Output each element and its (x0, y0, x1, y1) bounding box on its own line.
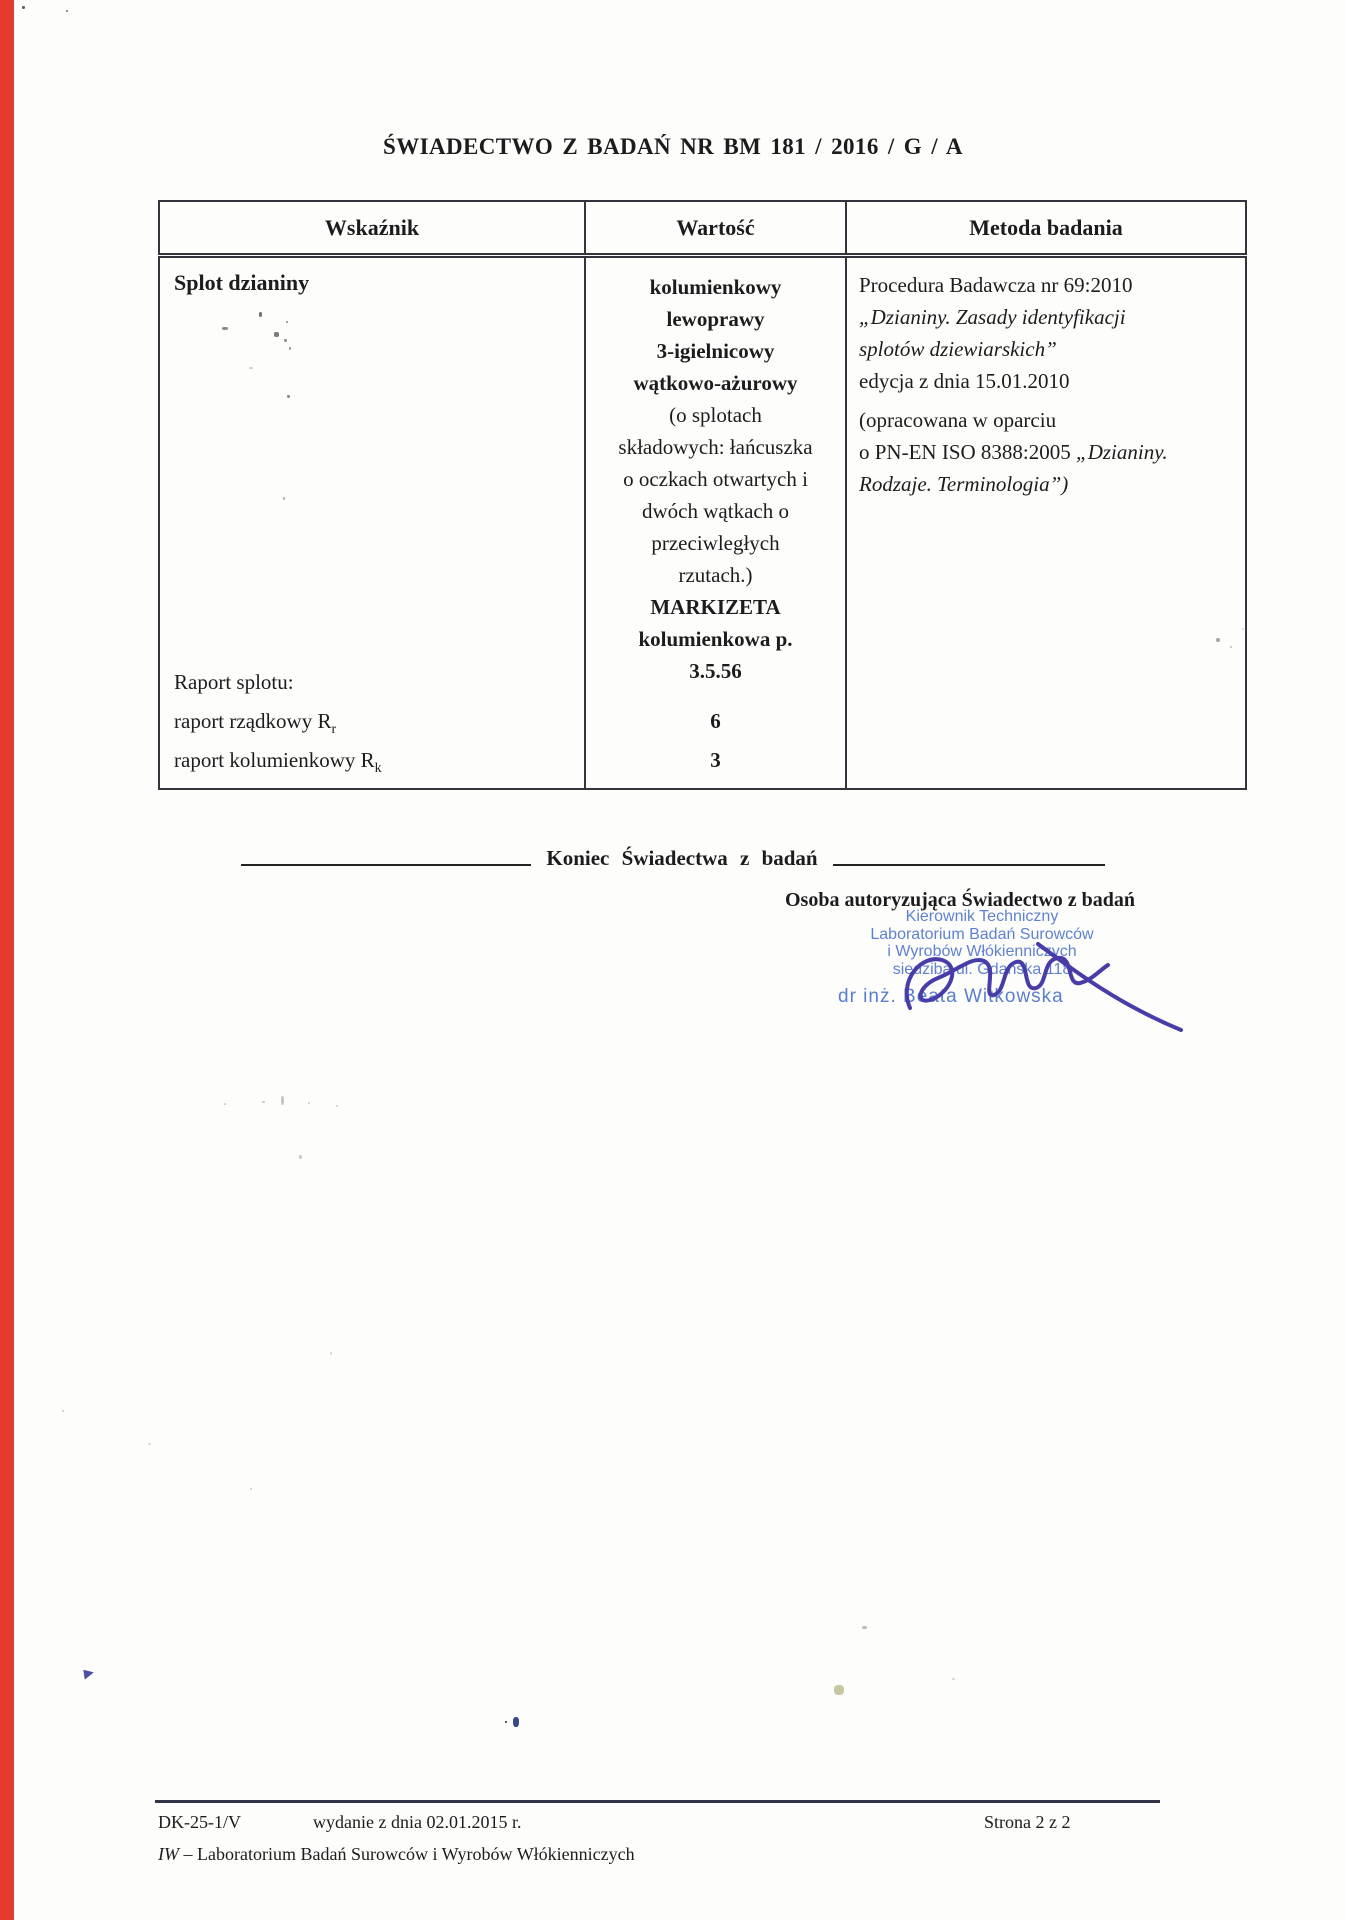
method-line: (opracowana w oparciu (859, 404, 1237, 436)
raport-value: 3 (590, 741, 841, 780)
scan-speck (336, 1105, 338, 1107)
scan-speck (952, 1678, 955, 1680)
raport-title: Raport splotu: (174, 663, 570, 702)
method-cell: Procedura Badawcza nr 69:2010 „Dzianiny.… (847, 258, 1245, 788)
raport-value: 6 (590, 702, 841, 741)
scan-edge-strip (0, 0, 14, 1920)
value-line: o oczkach otwartych i (590, 463, 841, 495)
document-page: ŚWIADECTWO Z BADAŃ NR BM 181 / 2016 / G … (0, 0, 1346, 1920)
value-line: dwóch wątkach o (590, 495, 841, 527)
value-line: 3-igielnicowy (590, 335, 841, 367)
scan-speck (834, 1685, 844, 1695)
page-title: ŚWIADECTWO Z BADAŃ NR BM 181 / 2016 / G … (0, 134, 1346, 160)
method-line: edycja z dnia 15.01.2010 (859, 365, 1237, 397)
footer-edition: wydanie z dnia 02.01.2015 r. (313, 1812, 521, 1833)
column-header-wskaznik: Wskaźnik (159, 201, 585, 256)
scan-speck (259, 312, 262, 317)
scan-speck (284, 339, 287, 342)
scan-speck (862, 1626, 867, 1629)
value-line: 3.5.56 (590, 655, 841, 687)
footer-rule (155, 1800, 1160, 1803)
scan-speck (1242, 628, 1244, 630)
scan-speck (281, 1096, 284, 1105)
value-cell: kolumienkowy lewoprawy 3-igielnicowy wąt… (586, 258, 845, 788)
scan-speck (224, 1103, 226, 1105)
indicator-name: Splot dzianiny (174, 270, 570, 296)
scan-speck (513, 1717, 519, 1727)
column-header-metoda: Metoda badania (846, 201, 1246, 256)
method-line: Rodzaje. Terminologia”) (859, 468, 1237, 500)
scan-speck (250, 1488, 252, 1490)
method-line: o PN-EN ISO 8388:2005 „Dzianiny. (859, 436, 1237, 468)
handwritten-signature (888, 928, 1188, 1048)
scan-speck (274, 332, 279, 337)
value-line: kolumienkowy (590, 271, 841, 303)
table-body-row: Splot dzianiny Raport splotu: raport rzą… (159, 256, 1246, 790)
scan-speck (289, 347, 291, 350)
scan-speck (62, 1410, 64, 1412)
scan-speck (249, 367, 253, 369)
method-line: splotów dziewiarskich” (859, 333, 1237, 365)
raport-row-label: raport rządkowy Rr (174, 702, 570, 741)
value-line: MARKIZETA (590, 591, 841, 623)
scan-speck (283, 497, 285, 500)
scan-speck (1230, 646, 1232, 648)
scan-speck (66, 10, 68, 12)
value-line: wątkowo-ażurowy (590, 367, 841, 399)
scan-speck (330, 1352, 332, 1355)
raport-subscript: k (375, 761, 382, 776)
method-line: Procedura Badawcza nr 69:2010 (859, 269, 1237, 301)
value-line: składowych: łańcuszka (590, 431, 841, 463)
scan-speck (287, 395, 290, 398)
certificate-table: Wskaźnik Wartość Metoda badania Splot dz… (158, 200, 1247, 790)
stamp-line: Kierownik Techniczny (812, 908, 1152, 926)
column-header-wartosc: Wartość (585, 201, 846, 256)
raport-row-label: raport kolumienkowy Rk (174, 741, 570, 780)
value-line: rzutach.) (590, 559, 841, 591)
end-rule-right (833, 864, 1105, 866)
raport-block: Raport splotu: raport rządkowy Rr raport… (174, 663, 570, 780)
table-header-row: Wskaźnik Wartość Metoda badania (159, 201, 1246, 256)
scan-speck (299, 1155, 302, 1159)
footer-doc-code: DK-25-1/V (158, 1812, 241, 1833)
method-line: „Dzianiny. Zasady identyfikacji (859, 301, 1237, 333)
scan-speck (148, 1443, 151, 1445)
value-line: kolumienkowa p. (590, 623, 841, 655)
end-of-certificate-label: Koniec Świadectwa z badań (546, 846, 817, 871)
scan-speck (262, 1101, 265, 1103)
scan-speck (286, 321, 288, 323)
raport-subscript: r (331, 722, 336, 737)
scan-speck (308, 1102, 310, 1104)
end-of-certificate: Koniec Świadectwa z badań (0, 846, 1346, 871)
scan-speck (222, 327, 228, 330)
footer-org: IW – Laboratorium Badań Surowców i Wyrob… (158, 1844, 635, 1865)
value-line: lewoprawy (590, 303, 841, 335)
pen-arrow-mark (83, 1668, 94, 1679)
scan-speck (22, 6, 25, 9)
indicator-cell: Splot dzianiny Raport splotu: raport rzą… (160, 258, 584, 788)
value-line: (o splotach (590, 399, 841, 431)
scan-speck (1216, 638, 1220, 642)
value-line: przeciwległych (590, 527, 841, 559)
footer-page-number: Strona 2 z 2 (984, 1812, 1070, 1833)
scan-speck (505, 1721, 507, 1723)
end-rule-left (241, 864, 531, 866)
